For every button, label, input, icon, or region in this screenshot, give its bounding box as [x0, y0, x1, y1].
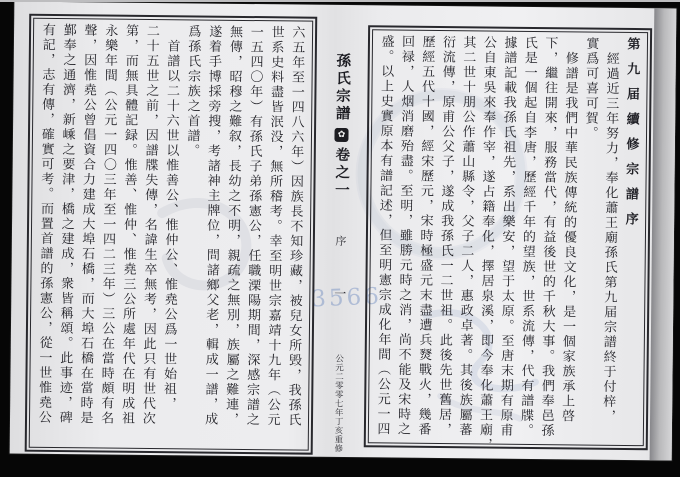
- text-column: 據譜記載我孫氏祖先，系出樂安，望于太原。至唐末期有原甫: [495, 36, 520, 440]
- text-column: 其二世十朋公作蕭山縣令，父子二人，惠政卓著。其後族屬蕃: [454, 35, 479, 439]
- text-column: 下，繼往開來，服務當代，有益後世的千秋大事。我們奉邑孫: [536, 36, 561, 440]
- text-column: 有記，志有傳，確實可考。而置首譜的孫憲公，從一世惟堯公: [33, 23, 58, 443]
- right-page-border: 第九届續修宗譜序 經過近三年努力，奉化蕭王廟孫氏第九届宗譜終于付梓，實爲可喜可賀…: [364, 25, 652, 450]
- spine-title: 孫氏宗譜✿卷之一: [331, 53, 354, 200]
- top-edge-line: [0, 0, 680, 2]
- text-column: 經過近三年努力，奉化蕭王廟孫氏第九届宗譜終于付梓，: [597, 37, 622, 441]
- book-spread: 3566 第九届續修宗譜序 經過近三年努力，奉化蕭王廟孫氏第九届宗譜終于付梓，實…: [10, 2, 677, 461]
- text-column: 無傳，昭穆之難叙，長幼之不明，親疏之無別，族屬之難連，: [220, 25, 245, 445]
- left-page: 六五年至一四八六年）因族長不知珍藏，被兒女所毁，我孫氏世系史料盡皆泯没，無所稽考…: [25, 14, 318, 455]
- text-column: 第，而無具體記録。惟善、惟仲、惟堯三公所處年代在明成祖: [116, 24, 141, 444]
- book-title: 孫氏宗譜: [334, 53, 351, 123]
- page-number-label: 一: [334, 285, 346, 302]
- page-edge-strip: [650, 8, 677, 460]
- text-column: 衍流傳，原甫公父子，遂成我孫氏一二世祖。此後先世舊居，: [433, 35, 458, 439]
- right-page-text: 第九届續修宗譜序 經過近三年努力，奉化蕭王廟孫氏第九届宗譜終于付梓，實爲可喜可賀…: [372, 34, 643, 441]
- right-page: 第九届續修宗譜序 經過近三年努力，奉化蕭王廟孫氏第九届宗譜終于付梓，實爲可喜可賀…: [364, 25, 652, 450]
- text-column: 盛。以上史實原本有譜記述，但至明憲宗成化年間（公元一四: [372, 34, 397, 438]
- section-title: 第九届續修宗譜序: [618, 37, 643, 441]
- edition-note: 公元二零零七年丁亥重修: [333, 354, 346, 453]
- text-column: 六五年至一四八六年）因族長不知珍藏，被兒女所毁，我孫氏: [282, 25, 307, 445]
- section-label: 序: [335, 233, 346, 249]
- text-column: 修譜是我們中華民族傳統的優良文化，是一個家族承上啓: [556, 36, 581, 440]
- ornament-icon: ✿: [334, 128, 348, 142]
- text-column: 世系史料盡皆泯没，無所稽考。幸至明世宗嘉靖十九年（公元: [262, 25, 287, 445]
- left-page-border: 六五年至一四八六年）因族長不知珍藏，被兒女所毁，我孫氏世系史料盡皆泯没，無所稽考…: [25, 14, 318, 455]
- scan-background: { "document": { "book_title": "孫氏宗譜", "v…: [0, 0, 680, 477]
- text-column: 回禄，人烟消磨殆盡。至明，雖勝元時之消，尚不能及宋時之: [392, 35, 417, 439]
- text-column: 二十五世之前，因譜牒失傳，名諱生卒無考，因此只有世代次: [137, 24, 162, 444]
- text-column: 氏是一個起自李唐，歷經千年的望族，世系流傳，代有譜牒。: [515, 36, 540, 440]
- text-column: 鄞奉之通濟，新嵊之要津，橋之建成，衆皆稱頌。此事迹，碑: [54, 23, 79, 443]
- text-column: 歷經五代十國，經宋歷元，宋時極盛元末盡遭兵燹戰火，幾番: [413, 35, 438, 439]
- spine: 孫氏宗譜✿卷之一 序 一 公元二零零七年丁亥重修: [314, 25, 369, 457]
- volume-label: 卷之一: [333, 147, 350, 200]
- left-page-text: 六五年至一四八六年）因族長不知珍藏，被兒女所毁，我孫氏世系史料盡皆泯没，無所稽考…: [33, 23, 308, 446]
- text-column: 公自東吳來奉作宰，遂占籍奉化，擇居泉溪，即今奉化蕭王廟，: [474, 35, 499, 439]
- text-column: 首譜以二十六世以惟善公、惟仲公、惟堯公爲一世始祖，: [158, 24, 183, 444]
- text-column: 一五四〇年）有孫氏子弟孫憲公，任職溧陽期間，深感宗譜之: [241, 25, 266, 445]
